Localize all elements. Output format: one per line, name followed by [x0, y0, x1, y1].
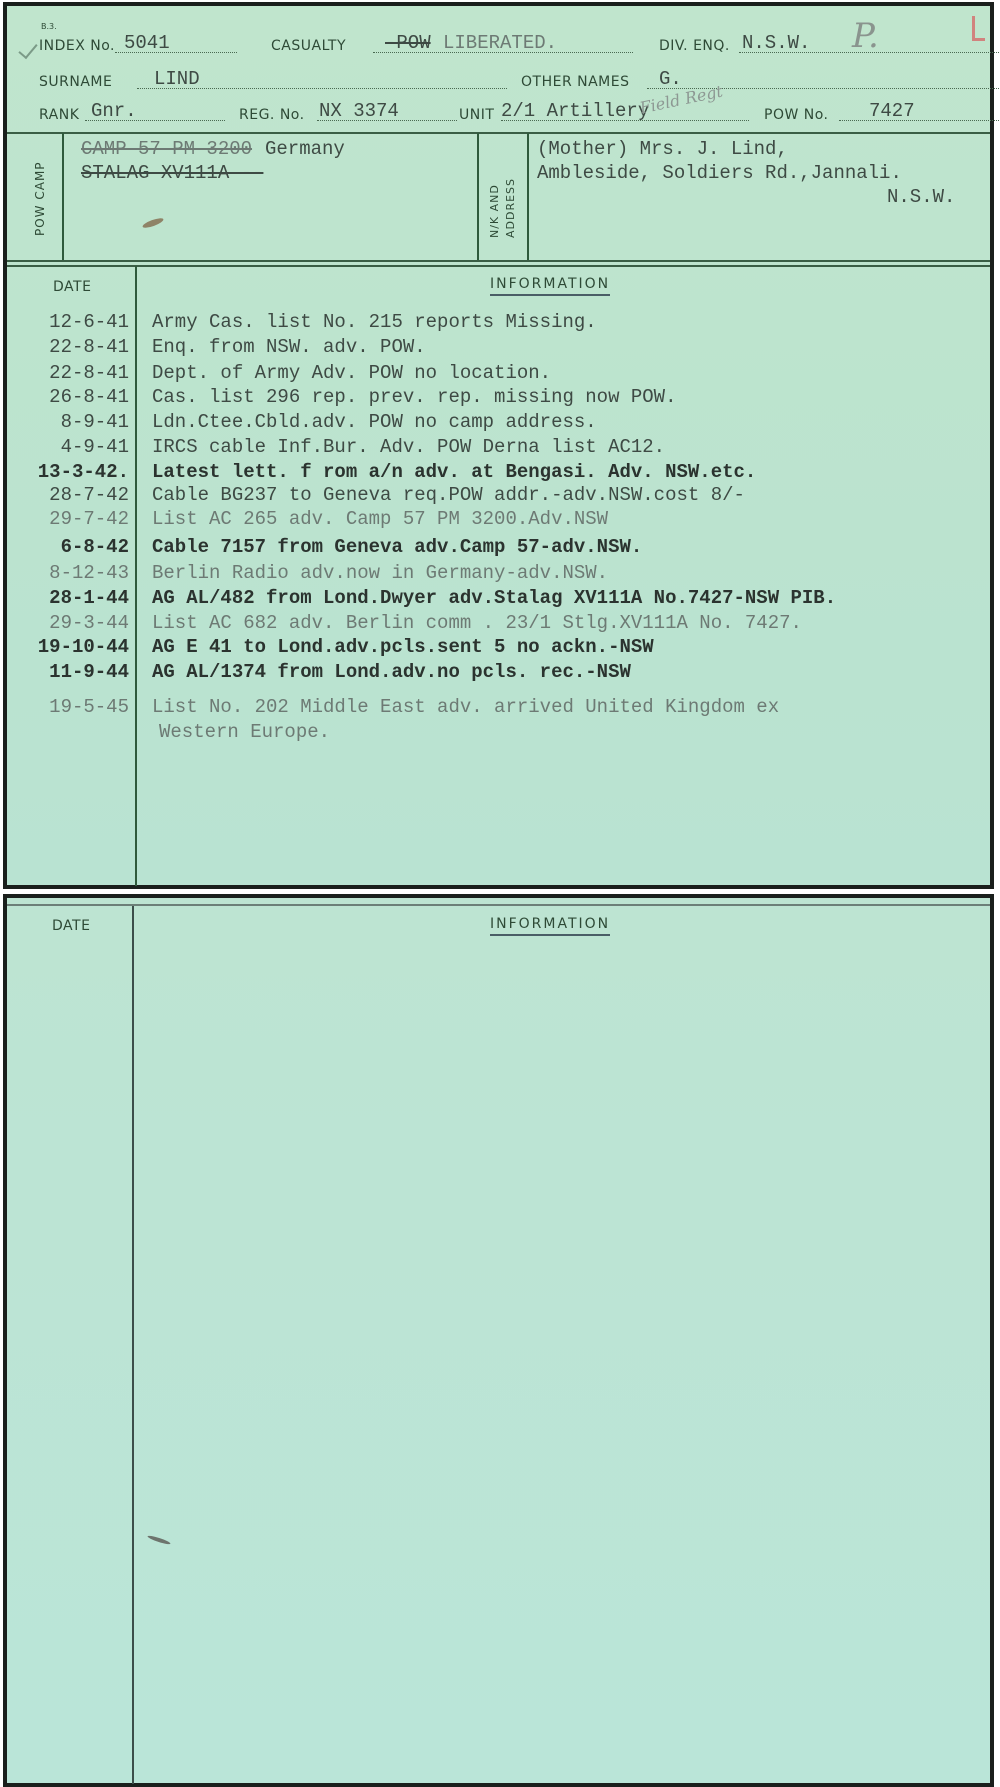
date-column-header: DATE [52, 918, 90, 934]
table-row: 4-9-41IRCS cable Inf.Bur. Adv. POW Derna… [7, 436, 990, 459]
entry-date: 8-9-41 [7, 411, 129, 433]
entry-date: 13-3-42. [7, 461, 129, 483]
entry-information: AG E 41 to Lond.adv.pcls.sent 5 no ackn.… [152, 636, 654, 658]
table-row: 8-12-43Berlin Radio adv.now in Germany-a… [7, 562, 990, 585]
entry-date: 28-1-44 [7, 587, 129, 609]
entry-information: AG AL/482 from Lond.Dwyer adv.Stalag XV1… [152, 587, 836, 609]
entry-information: Latest lett. f rom a/n adv. at Bengasi. … [152, 461, 756, 483]
entry-information: Berlin Radio adv.now in Germany-adv.NSW. [152, 562, 608, 584]
entry-date: 11-9-44 [7, 661, 129, 683]
entry-information: AG AL/1374 from Lond.adv.no pcls. rec.-N… [152, 661, 631, 683]
table-row: 6-8-42Cable 7157 from Geneva adv.Camp 57… [7, 536, 990, 559]
table-row: 13-3-42.Latest lett. f rom a/n adv. at B… [7, 461, 990, 484]
table-row: 8-9-41Ldn.Ctee.Cbld.adv. POW no camp add… [7, 411, 990, 434]
entry-information: IRCS cable Inf.Bur. Adv. POW Derna list … [152, 436, 665, 458]
entry-information: Army Cas. list No. 215 reports Missing. [152, 311, 597, 333]
table-row: 19-10-44AG E 41 to Lond.adv.pcls.sent 5 … [7, 636, 990, 659]
entry-date: 6-8-42 [7, 536, 129, 558]
entry-information: Ldn.Ctee.Cbld.adv. POW no camp address. [152, 411, 597, 433]
entry-information: Enq. from NSW. adv. POW. [152, 336, 426, 358]
entry-information: Western Europe. [159, 721, 330, 743]
table-row: 11-9-44AG AL/1374 from Lond.adv.no pcls.… [7, 661, 990, 684]
table-row: 19-5-45List No. 202 Middle East adv. arr… [7, 696, 990, 719]
table-row: 12-6-41Army Cas. list No. 215 reports Mi… [7, 311, 990, 334]
table-row: 29-7-42List AC 265 adv. Camp 57 PM 3200.… [7, 508, 990, 531]
entry-date: 19-10-44 [7, 636, 129, 658]
table-row: Western Europe. [7, 721, 990, 744]
table-row: 22-8-41Enq. from NSW. adv. POW. [7, 336, 990, 359]
record-card-front: B.3. INDEX No. 5041 CASUALTY -POW LIBERA… [3, 2, 994, 889]
entry-date: 28-7-42 [7, 484, 129, 506]
entry-information: List No. 202 Middle East adv. arrived Un… [152, 696, 779, 718]
table-row: 26-8-41Cas. list 296 rep. prev. rep. mis… [7, 386, 990, 409]
entry-date: 26-8-41 [7, 386, 129, 408]
pencil-mark-icon [147, 1534, 171, 1545]
entry-date: 8-12-43 [7, 562, 129, 584]
entry-date: 29-3-44 [7, 612, 129, 634]
table-row: 28-1-44AG AL/482 from Lond.Dwyer adv.Sta… [7, 587, 990, 610]
entry-information: Dept. of Army Adv. POW no location. [152, 362, 551, 384]
table-row: 29-3-44List AC 682 adv. Berlin comm . 23… [7, 612, 990, 635]
information-entries: 12-6-41Army Cas. list No. 215 reports Mi… [7, 6, 990, 885]
entry-date: 22-8-41 [7, 336, 129, 358]
entry-information: Cas. list 296 rep. prev. rep. missing no… [152, 386, 677, 408]
entry-information: Cable BG237 to Geneva req.POW addr.-adv.… [152, 484, 745, 506]
entry-information: List AC 682 adv. Berlin comm . 23/1 Stlg… [152, 612, 802, 634]
information-column-header: INFORMATION [490, 916, 610, 936]
entry-date: 29-7-42 [7, 508, 129, 530]
table-row: 22-8-41Dept. of Army Adv. POW no locatio… [7, 362, 990, 385]
entry-information: Cable 7157 from Geneva adv.Camp 57-adv.N… [152, 536, 642, 558]
record-card-back: DATE INFORMATION [3, 894, 994, 1787]
table-row: 28-7-42Cable BG237 to Geneva req.POW add… [7, 484, 990, 507]
entry-date: 22-8-41 [7, 362, 129, 384]
entry-date: 4-9-41 [7, 436, 129, 458]
entry-date: 12-6-41 [7, 311, 129, 333]
entry-information: List AC 265 adv. Camp 57 PM 3200.Adv.NSW [152, 508, 608, 530]
entry-date: 19-5-45 [7, 696, 129, 718]
